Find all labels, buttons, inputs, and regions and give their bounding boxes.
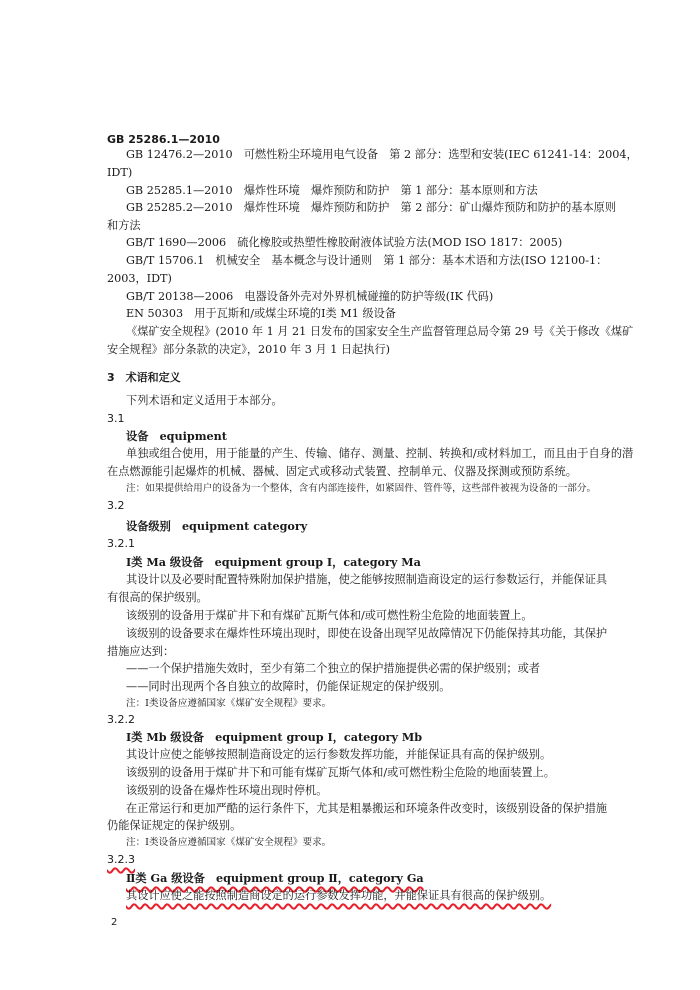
reference-item-cont: 安全规程》部分条款的决定》，2010 年 3 月 1 日起执行) bbox=[107, 343, 390, 357]
definition-text: 该级别的设备要求在爆炸性环境出现时，即使在设备出现罕见故障情况下仍能保持其功能，… bbox=[126, 627, 607, 641]
section-intro: 下列术语和定义适用于本部分。 bbox=[126, 394, 283, 408]
reference-item: 《煤矿安全规程》(2010 年 1 月 21 日发布的国家安全生产监督管理总局令… bbox=[126, 325, 633, 339]
standard-id-header: GB 25286.1—2010 bbox=[107, 133, 220, 147]
term-title: Ⅰ类 Ma 级设备 equipment group Ⅰ，category Ma bbox=[126, 555, 421, 569]
definition-text: 该级别的设备用于煤矿井下和有煤矿瓦斯气体和/或可燃性粉尘危险的地面装置上。 bbox=[126, 609, 533, 623]
list-item: ——同时出现两个各自独立的故障时，仍能保证规定的保护级别。 bbox=[126, 680, 450, 694]
definition-text: 仍能保证规定的保护级别。 bbox=[107, 819, 241, 833]
reference-item: GB 25285.1—2010 爆炸性环境 爆炸预防和防护 第 1 部分：基本原… bbox=[126, 184, 538, 198]
reference-item: GB 25285.2—2010 爆炸性环境 爆炸预防和防护 第 2 部分：矿山爆… bbox=[126, 201, 616, 215]
definition-text: 在点燃源能引起爆炸的机械、器械、固定式或移动式装置、控制单元、仪器及探测或预防系… bbox=[107, 465, 577, 479]
reference-item: GB/T 20138—2006 电器设备外壳对外界机械碰撞的防护等级(IK 代码… bbox=[126, 290, 493, 304]
term-title: Ⅰ类 Mb 级设备 equipment group Ⅰ，category Mb bbox=[126, 730, 422, 744]
definition-text: 有很高的保护级别。 bbox=[107, 591, 208, 605]
reference-item: GB 12476.2—2010 可燃性粉尘环境用电气设备 第 2 部分：选型和安… bbox=[126, 148, 638, 162]
clause-number: 3.1 bbox=[107, 412, 125, 426]
note-text: 注：Ⅰ类设备应遵循国家《煤矿安全规程》要求。 bbox=[126, 836, 331, 850]
term-title: 设备 equipment bbox=[126, 429, 227, 443]
section-heading: 3 术语和定义 bbox=[107, 371, 181, 385]
document-page: GB 25286.1—2010 GB 12476.2—2010 可燃性粉尘环境用… bbox=[0, 0, 700, 990]
reference-item: EN 50303 用于瓦斯和/或煤尘环境的Ⅰ类 M1 级设备 bbox=[126, 307, 396, 321]
definition-text: 该级别的设备用于煤矿井下和可能有煤矿瓦斯气体和/或可燃性粉尘危险的地面装置上。 bbox=[126, 766, 555, 780]
clause-number: 3.2.1 bbox=[107, 537, 135, 551]
definition-text: 在正常运行和更加严酷的运行条件下，尤其是粗暴搬运和环境条件改变时，该级别设备的保… bbox=[126, 802, 607, 816]
term-title-highlighted: Ⅱ类 Ga 级设备 equipment group Ⅱ，category Ga bbox=[126, 871, 424, 885]
definition-text: 单独或组合使用，用于能量的产生、传输、储存、测量、控制、转换和/或材料加工，而且… bbox=[126, 447, 633, 461]
reference-item-cont: 2003，IDT) bbox=[107, 272, 172, 286]
page-number: 2 bbox=[111, 916, 117, 930]
definition-text: 其设计以及必要时配置特殊附加保护措施，使之能够按照制造商设定的运行参数运行，并能… bbox=[126, 573, 607, 587]
reference-item: GB/T 15706.1 机械安全 基本概念与设计通则 第 1 部分：基本术语和… bbox=[126, 254, 607, 268]
note-text: 注：Ⅰ类设备应遵循国家《煤矿安全规程》要求。 bbox=[126, 697, 331, 711]
list-item: ——一个保护措施失效时，至少有第二个独立的保护措施提供必需的保护级别；或者 bbox=[126, 662, 540, 676]
definition-text: 措施应达到： bbox=[107, 645, 174, 659]
definition-text: 该级别的设备在爆炸性环境出现时停机。 bbox=[126, 784, 327, 798]
term-title: 设备级别 equipment category bbox=[126, 519, 307, 533]
reference-item: GB/T 1690—2006 硫化橡胶或热塑性橡胶耐液体试验方法(MOD ISO… bbox=[126, 236, 562, 250]
clause-number: 3.2 bbox=[107, 499, 125, 513]
reference-item-cont: IDT) bbox=[107, 166, 132, 180]
clause-number: 3.2.2 bbox=[107, 713, 135, 727]
definition-text: 其设计应使之能够按照制造商设定的运行参数发挥功能，并能保证具有高的保护级别。 bbox=[126, 748, 551, 762]
definition-text-highlighted: 其设计应使之能按照制造商设定的运行参数发挥功能，并能保证具有很高的保护级别。 bbox=[126, 889, 551, 903]
reference-item-cont: 和方法 bbox=[107, 219, 141, 233]
clause-number-highlighted: 3.2.3 bbox=[107, 853, 135, 867]
note-text: 注：如果提供给用户的设备为一个整体，含有内部连接件，如紧固件、管件等，这些部件被… bbox=[126, 482, 596, 496]
